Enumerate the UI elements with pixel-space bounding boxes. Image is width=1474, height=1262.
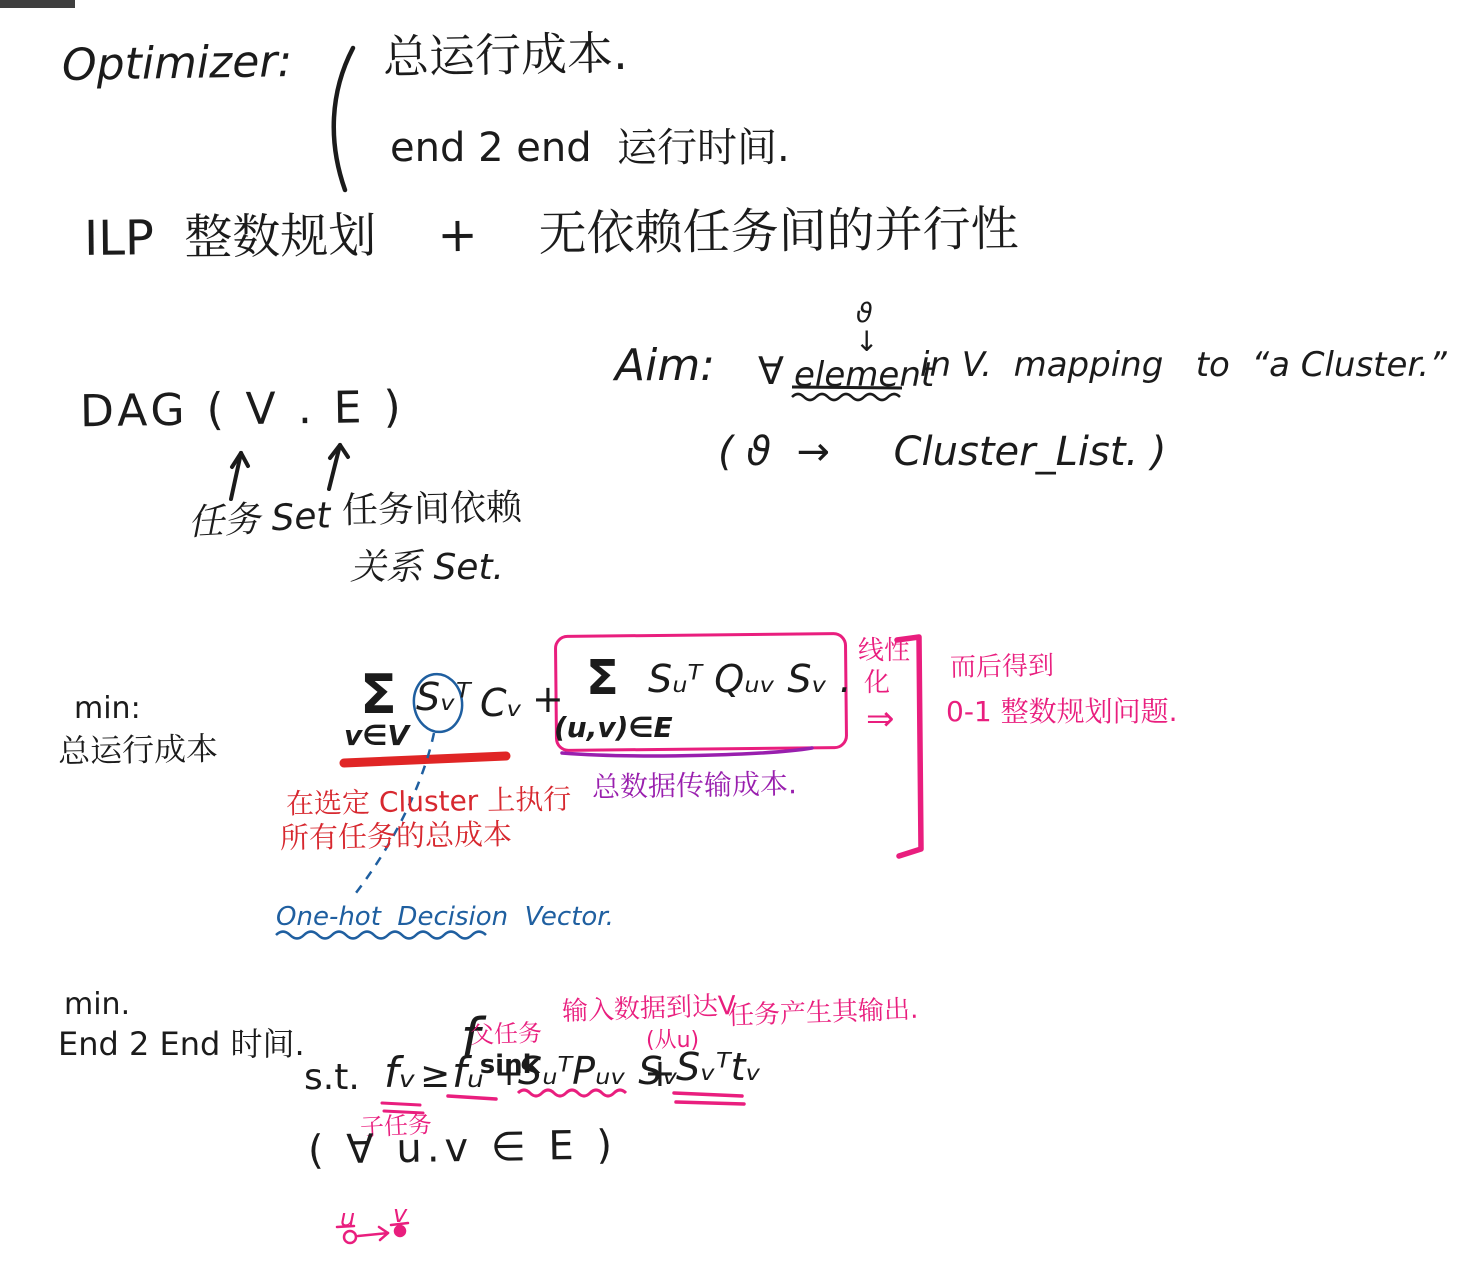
aim-element-word: element [794,358,934,392]
ilp-statement: ILP 整数规划 + 无依赖任务间的并行性 [84,205,1019,263]
cost-min-desc: 总运行成本 [58,733,219,768]
constraint-fv: fᵥ [384,1052,416,1094]
transfer-cost-note: 总数据传输成本. [592,770,797,802]
linearize-result-line1: 而后得到 [950,653,1054,681]
transfer-cost-purple-underline [562,748,812,756]
linearize-bracket [897,637,921,856]
constraint-forall-line: ( ∀ u.v ∈ E ) [308,1125,618,1170]
edge-arrow-shaft [358,1233,388,1236]
linearize-result-line2: 0-1 整数规划问题. [946,698,1178,726]
onehot-wavy-underline [276,932,486,939]
cost-sum1-subscript: v∈V [344,722,409,750]
cost-term1-cv: Cᵥ [480,684,522,722]
optimizer-item-cost: 总运行成本. [383,30,628,80]
aim-statement-rest: in V. mapping to “a Cluster.” [920,348,1447,382]
double-arrow-icon: ⇒ [866,702,895,736]
exec-cost-note-line2: 所有任务的总成本 [280,820,512,853]
geq-symbol: ≥ [420,1058,450,1094]
task-output-note: 任务产生其输出. [728,997,919,1030]
constraint-fu: fᵤ [452,1052,484,1094]
compute-term-double-underline [674,1093,744,1104]
cost-sum2-sigma: Σ [586,654,619,702]
dag-v-arrow-icon [231,453,248,499]
cost-min-label: min: [74,694,141,724]
constraint-plus2: + [644,1054,676,1092]
dag-e-set-label-line1: 任务间依赖 [342,490,523,529]
edge-v-label: v [393,1202,407,1226]
down-arrow-icon: ↓ [855,328,878,356]
cost-term1-sv: Sᵥᵀ [416,678,471,716]
edge-u-label: u [340,1206,355,1230]
aim-label: Aim: [615,344,715,388]
dag-e-set-label-line2: 关系 Set. [350,550,504,586]
time-min-label: min. [64,990,130,1020]
exec-cost-note-line1: 在选定 Cluster 上执行 [286,786,572,819]
aim-forall-symbol: ∀ [758,352,784,390]
dag-e-arrow-icon [329,445,348,489]
optimizer-label: Optimizer: [62,40,293,88]
aim-vartheta-symbol: ϑ [856,300,873,327]
constraint-compute-term: Sᵥᵀtᵥ [676,1048,761,1086]
edge-arrow-head [379,1227,388,1240]
cost-sum1-sigma: Σ [360,668,397,722]
st-label: s.t. [304,1060,360,1096]
linearize-label-line2: 化 [864,670,890,696]
handwritten-note-page: Optimizer: 总运行成本. end 2 end 运行时间. ILP 整数… [0,0,1474,1262]
data-arrival-note: 输入数据到达V [562,993,737,1025]
screen-edge-artifact [0,0,75,8]
parent-task-note: 父任务 [470,1021,543,1047]
edge-u-node [344,1231,356,1243]
cost-sum2-subscript: (u,v)∈E [554,714,673,742]
data-arrival-note-sub: (从u) [646,1030,699,1052]
dag-v-set-label: 任务 Set [187,498,331,541]
optimizer-brace [334,48,353,190]
cost-term2: Sᵤᵀ Qᵤᵥ Sᵥ . [648,660,852,698]
onehot-note: One-hot Decision Vector. [276,904,614,930]
dag-expression: DAG ( V . E ) [80,386,405,435]
cost-term-red-underline [344,756,506,763]
optimizer-item-time: end 2 end 运行时间. [390,128,790,168]
aim-mapping-line: ( ϑ → Cluster_List. ) [718,432,1167,472]
time-min-desc: End 2 End 时间. [58,1028,305,1060]
linearize-label-line1: 线性 [858,638,910,664]
